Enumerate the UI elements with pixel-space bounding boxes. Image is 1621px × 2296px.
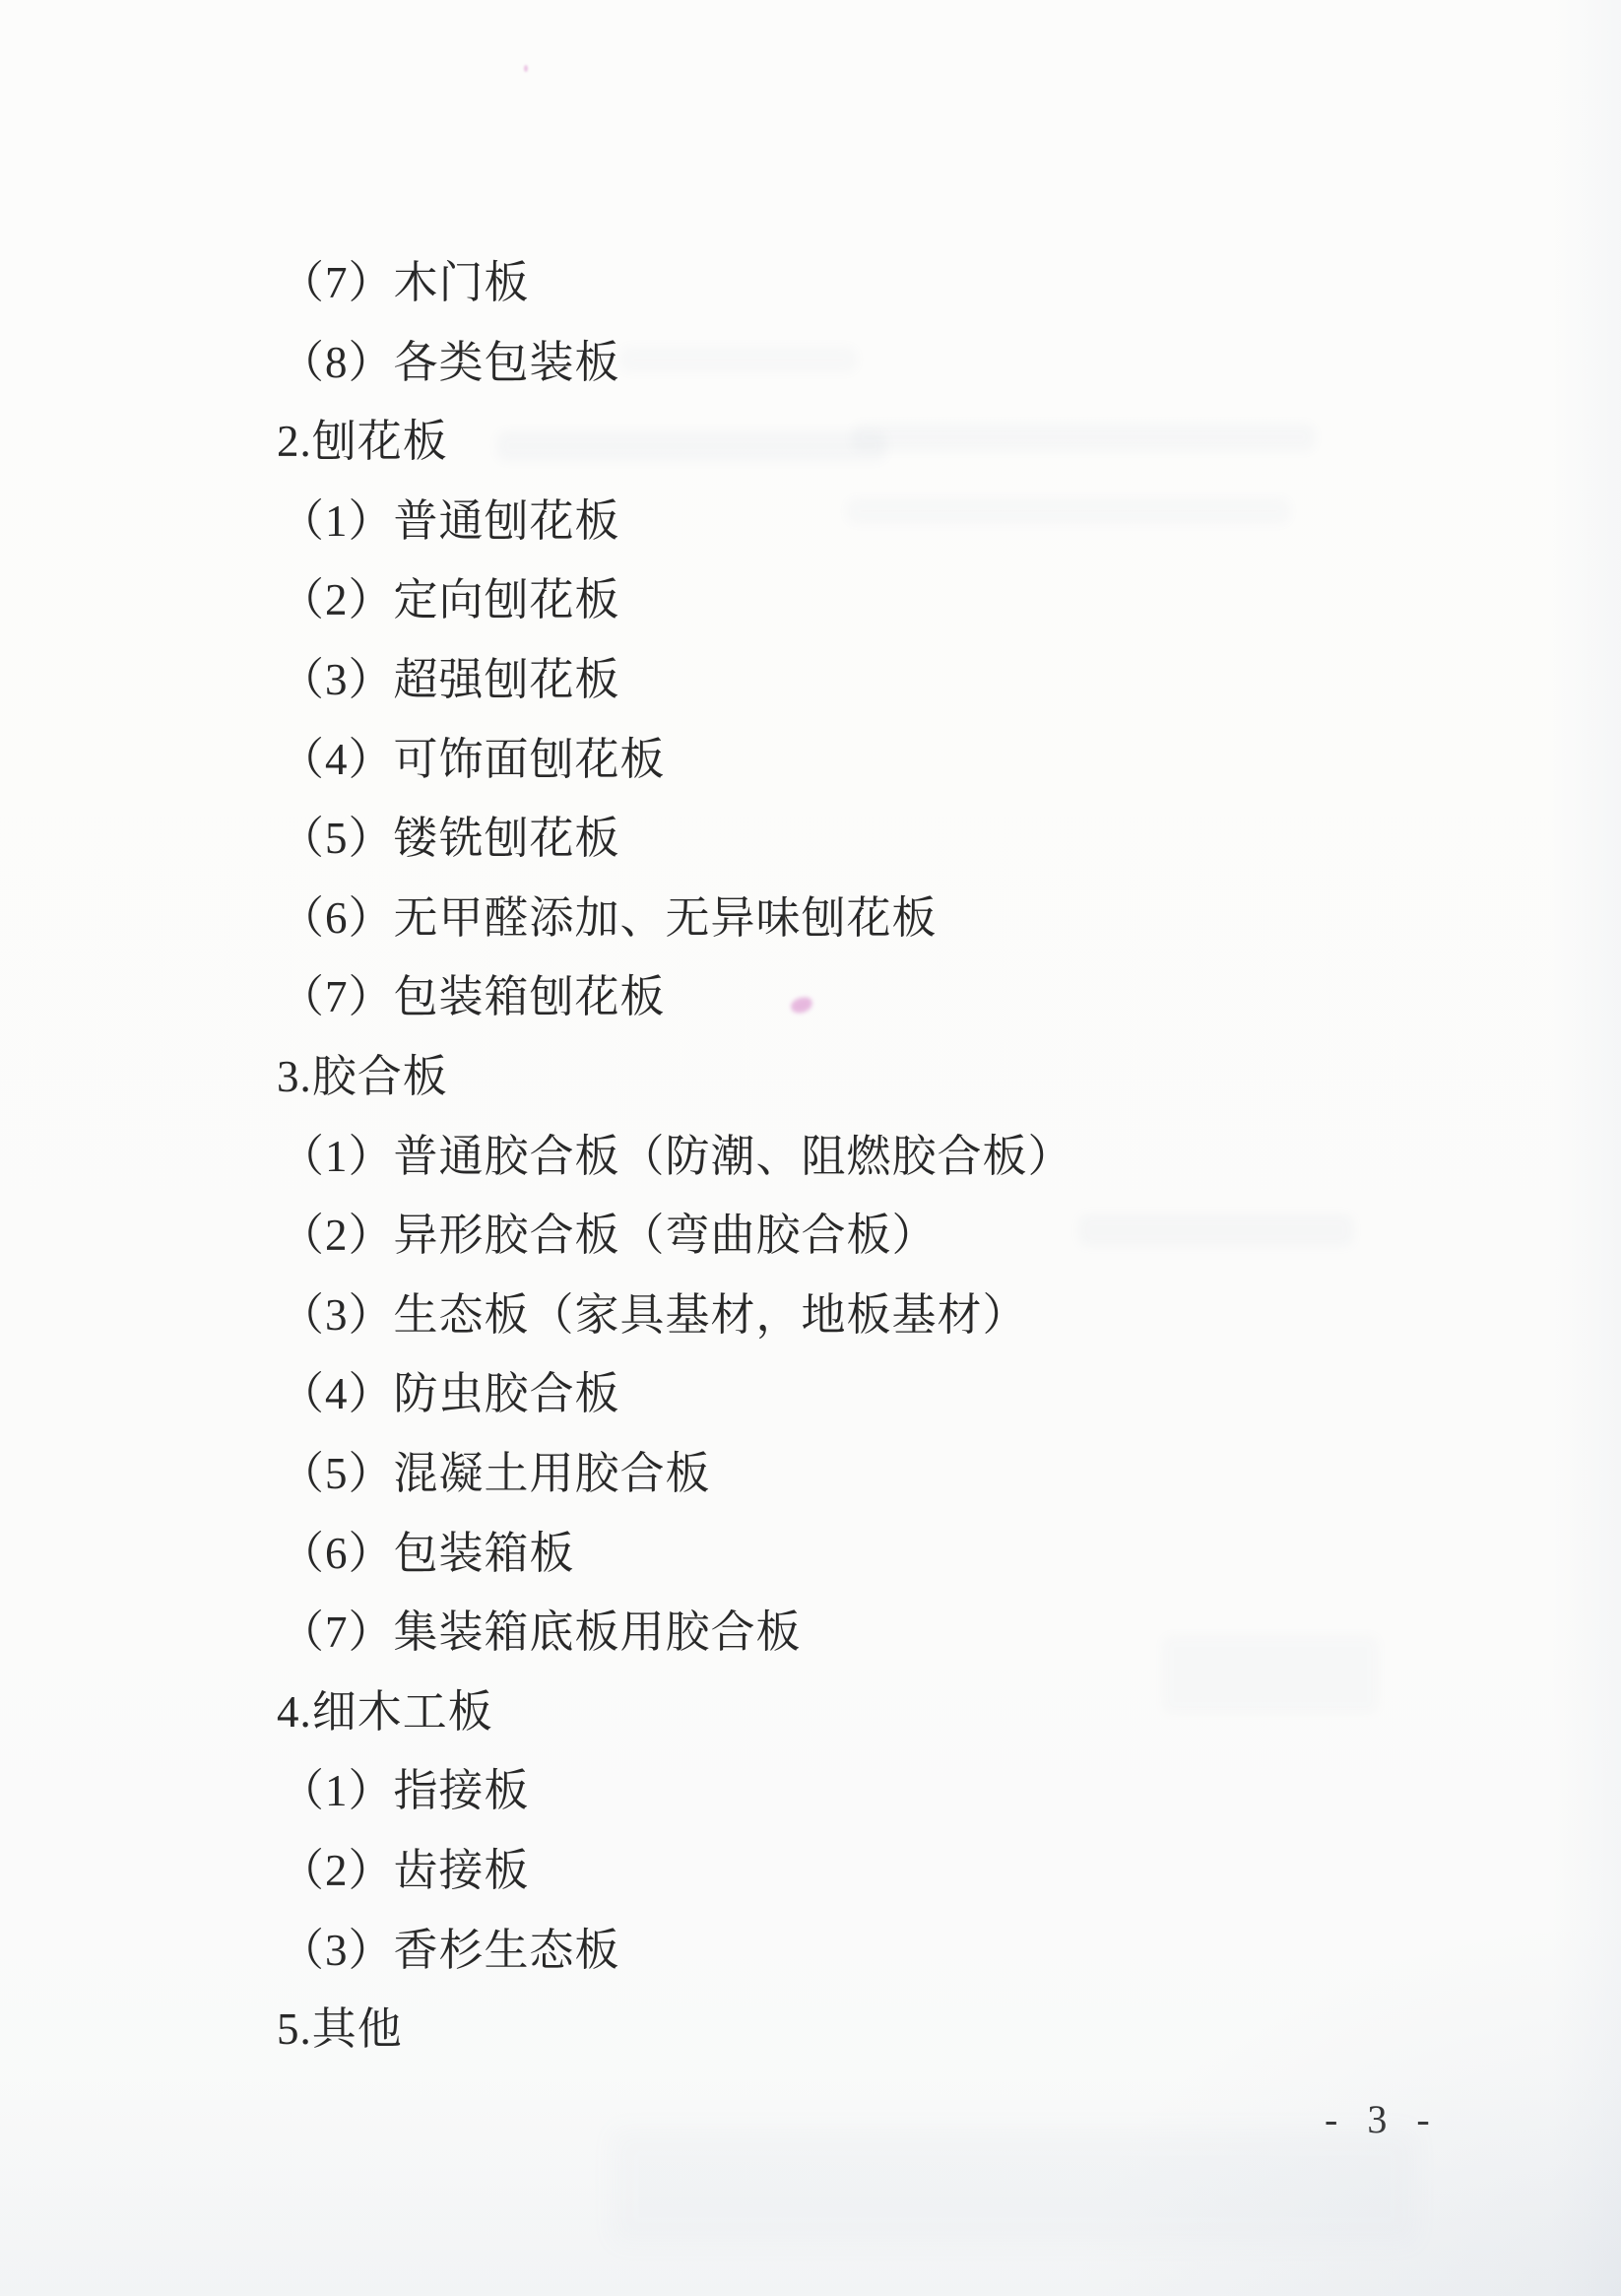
list-item: （7）包装箱刨花板 xyxy=(280,957,666,1037)
list-item: （7）木门板 xyxy=(280,243,530,323)
list-item: （5）混凝土用胶合板 xyxy=(280,1434,711,1514)
list-item: （6）包装箱板 xyxy=(280,1514,575,1594)
list-item: （3）生态板（家具基材，地板基材） xyxy=(280,1276,1028,1355)
section-heading: 2.刨花板 xyxy=(277,402,448,482)
list-item: （2）异形胶合板（弯曲胶合板） xyxy=(280,1196,938,1276)
page-number: - 3 - xyxy=(1325,2096,1440,2142)
list-item: （7）集装箱底板用胶合板 xyxy=(280,1593,802,1673)
list-item: （1）普通胶合板（防潮、阻燃胶合板） xyxy=(280,1117,1073,1197)
document-text: （7）木门板（8）各类包装板2.刨花板（1）普通刨花板（2）定向刨花板（3）超强… xyxy=(0,0,1621,2296)
section-heading: 3.胶合板 xyxy=(277,1037,448,1117)
section-heading: 4.细木工板 xyxy=(277,1673,493,1752)
list-item: （2）齿接板 xyxy=(280,1831,530,1911)
list-item: （1）普通刨花板 xyxy=(280,482,620,561)
list-item: （1）指接板 xyxy=(280,1751,530,1831)
list-item: （2）定向刨花板 xyxy=(280,560,620,640)
list-item: （4）可饰面刨花板 xyxy=(280,720,666,800)
list-item: （4）防虫胶合板 xyxy=(280,1354,620,1434)
list-item: （3）超强刨花板 xyxy=(280,640,620,720)
document-page: （7）木门板（8）各类包装板2.刨花板（1）普通刨花板（2）定向刨花板（3）超强… xyxy=(0,0,1621,2296)
list-item: （5）镂铣刨花板 xyxy=(280,799,620,879)
list-item: （6）无甲醛添加、无异味刨花板 xyxy=(280,879,938,958)
list-item: （3）香杉生态板 xyxy=(280,1911,620,1991)
list-item: （8）各类包装板 xyxy=(280,323,620,403)
section-heading: 5.其他 xyxy=(277,1990,403,2069)
